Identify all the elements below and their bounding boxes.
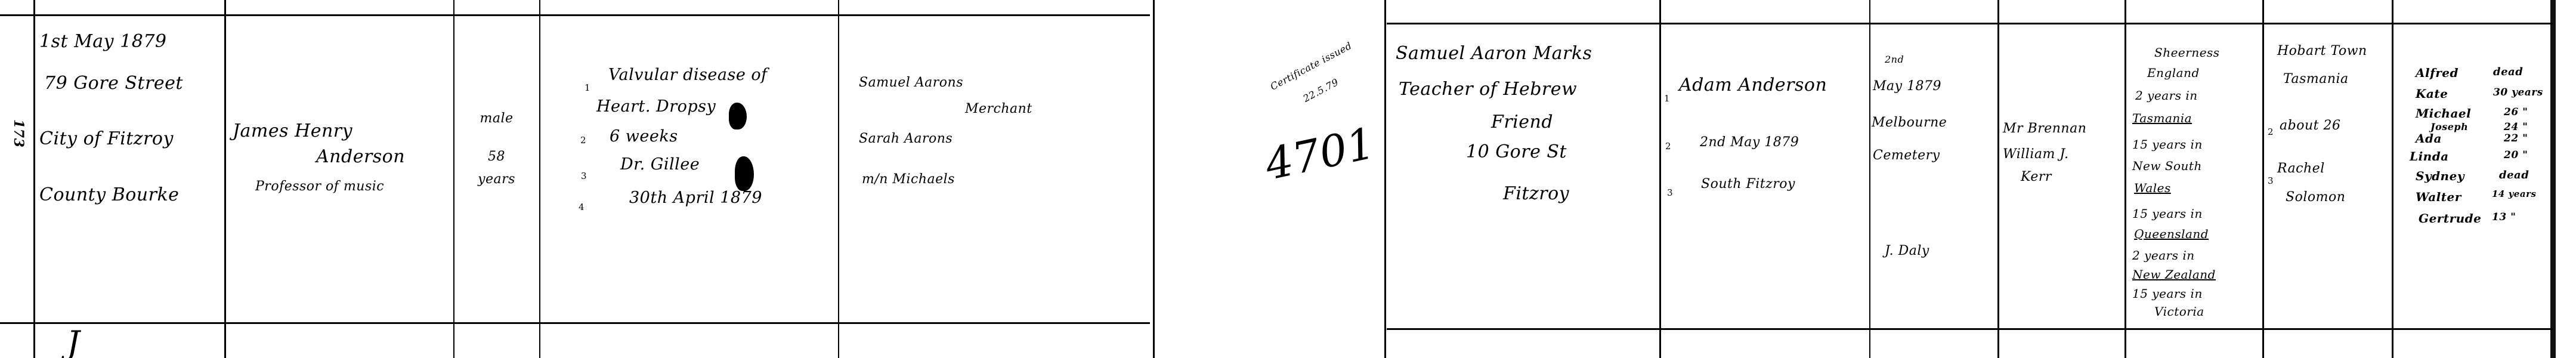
certificate-issued-note: Certificate issued	[1269, 41, 1353, 92]
child-name: Ada	[2416, 132, 2442, 144]
child-age: dead	[2493, 67, 2523, 78]
residence-place-underlined: New Zealand	[2132, 267, 2216, 282]
column-rule	[33, 0, 35, 358]
residence-line: Wales	[2134, 182, 2171, 194]
item-number: 2	[580, 136, 586, 145]
age: 58	[453, 150, 540, 163]
residence-line: Victoria	[2154, 305, 2204, 317]
column-rule	[2124, 0, 2126, 358]
sex: male	[453, 112, 540, 125]
item-number: 2	[1665, 142, 1671, 151]
child-age: 14 years	[2492, 190, 2536, 199]
item-number: 3	[2268, 177, 2274, 186]
residence-place-underlined: Tasmania	[2132, 111, 2192, 125]
spouse-first-name: Rachel	[2277, 162, 2325, 175]
witness-surname: Kerr	[2021, 171, 2052, 184]
row-rule-bottom	[0, 322, 1150, 324]
column-rule	[1659, 0, 1661, 358]
registration-number: 4701	[1261, 121, 1378, 186]
row-rule-top	[1387, 23, 2553, 24]
death-date: 1st May 1879	[39, 33, 167, 51]
child-name: Joseph	[2430, 122, 2468, 132]
deceased-surname: Anderson	[316, 148, 405, 166]
registration-date: 2nd May 1879	[1700, 136, 1799, 149]
age-unit: years	[453, 173, 540, 186]
death-street: 79 Gore Street	[44, 75, 183, 92]
child-name: Linda	[2410, 150, 2449, 162]
deceased-first-names: James Henry	[233, 122, 352, 140]
child-age: 22 "	[2504, 134, 2528, 144]
residence-line: 15 years in	[2132, 288, 2203, 300]
child-age: 30 years	[2493, 88, 2543, 98]
cause-line-2: Heart. Dropsy	[596, 98, 716, 115]
item-number: 3	[1667, 189, 1673, 197]
residence-line: England	[2147, 67, 2200, 79]
informant-occupation: Teacher of Hebrew	[1399, 81, 1577, 98]
child-name: Gertrude	[2419, 212, 2481, 224]
residence-line: Queensland	[2134, 228, 2209, 240]
deceased-occupation: Professor of music	[255, 180, 384, 193]
page-edge	[2550, 0, 2556, 358]
informant-relation: Friend	[1491, 113, 1553, 131]
residence-line: New Zealand	[2132, 268, 2216, 280]
column-rule	[2262, 0, 2264, 358]
last-seen-date: 30th April 1879	[629, 190, 762, 206]
column-rule	[1153, 0, 1155, 358]
burial-place-line-1: Melbourne	[1872, 116, 1947, 129]
residence-place-underlined: Wales	[2134, 181, 2171, 195]
child-age: 26 "	[2504, 107, 2528, 118]
column-rule	[1869, 0, 1870, 358]
mother-maiden-name: m/n Michaels	[862, 173, 955, 186]
burial-place-line-2: Cemetery	[1873, 149, 1940, 162]
undertaker: J. Daly	[1885, 245, 1929, 258]
ink-blot	[735, 156, 754, 191]
father-name: Samuel Aarons	[859, 76, 963, 89]
residence-place-underlined: Queensland	[2134, 227, 2209, 241]
child-age: dead	[2499, 170, 2529, 181]
child-name: Kate	[2416, 88, 2448, 100]
child-age: 20 "	[2504, 150, 2528, 161]
illness-duration: 6 weeks	[610, 128, 678, 144]
column-rule	[838, 0, 839, 358]
witness-name: William J.	[2003, 148, 2068, 161]
child-name: Sydney	[2416, 170, 2464, 182]
column-rule	[224, 0, 226, 358]
residence-line: 2 years in	[2132, 249, 2195, 261]
column-rule	[1997, 0, 1999, 358]
entry-number: 173	[12, 119, 25, 147]
residence-line: 15 years in	[2132, 138, 2203, 150]
father-occupation: Merchant	[965, 103, 1032, 116]
registration-place: South Fitzroy	[1701, 178, 1795, 191]
item-number: 1	[1664, 94, 1670, 103]
child-name: Walter	[2416, 191, 2461, 203]
residence-line: 2 years in	[2135, 89, 2198, 101]
residence-line: 15 years in	[2132, 208, 2203, 220]
residence-line: New South	[2132, 160, 2202, 172]
item-number: 1	[585, 84, 590, 92]
marriage-place-line-2: Tasmania	[2283, 73, 2349, 86]
ink-blot	[729, 103, 747, 129]
cause-line-1: Valvular disease of	[608, 67, 768, 83]
residence-line: Tasmania	[2132, 112, 2192, 124]
row-rule-top	[0, 14, 1150, 16]
residence-line: Sheerness	[2154, 47, 2220, 58]
burial-day: 2nd	[1885, 55, 1904, 64]
marriage-place-line-1: Hobart Town	[2277, 45, 2367, 58]
row-rule-bottom	[1387, 328, 2553, 330]
informant-address: 10 Gore St	[1466, 143, 1567, 161]
child-age: 13 "	[2492, 212, 2516, 223]
burial-month-year: May 1879	[1873, 80, 1941, 93]
certificate-issued-date: 22.5.79	[1301, 78, 1340, 104]
column-rule	[1384, 0, 1386, 358]
item-number: 4	[579, 203, 585, 212]
death-city: City of Fitzroy	[39, 130, 174, 148]
spouse-surname: Solomon	[2286, 191, 2345, 204]
child-age: 24 "	[2504, 122, 2528, 132]
child-name: Alfred	[2416, 67, 2459, 79]
informant-suburb: Fitzroy	[1503, 185, 1569, 203]
registrar-name: Adam Anderson	[1679, 76, 1827, 94]
age-at-marriage: about 26	[2280, 119, 2340, 132]
death-county: County Bourke	[39, 186, 179, 204]
medical-attendant: Dr. Gillee	[620, 156, 700, 172]
minister-name: Mr Brennan	[2003, 122, 2086, 135]
item-number: 2	[2268, 128, 2274, 137]
informant-name: Samuel Aaron Marks	[1396, 45, 1592, 63]
child-name: Michael	[2416, 107, 2471, 119]
mother-name: Sarah Aarons	[859, 132, 953, 146]
column-rule	[2392, 0, 2393, 358]
item-number: 3	[581, 172, 587, 181]
next-entry-partial: J	[67, 327, 80, 358]
